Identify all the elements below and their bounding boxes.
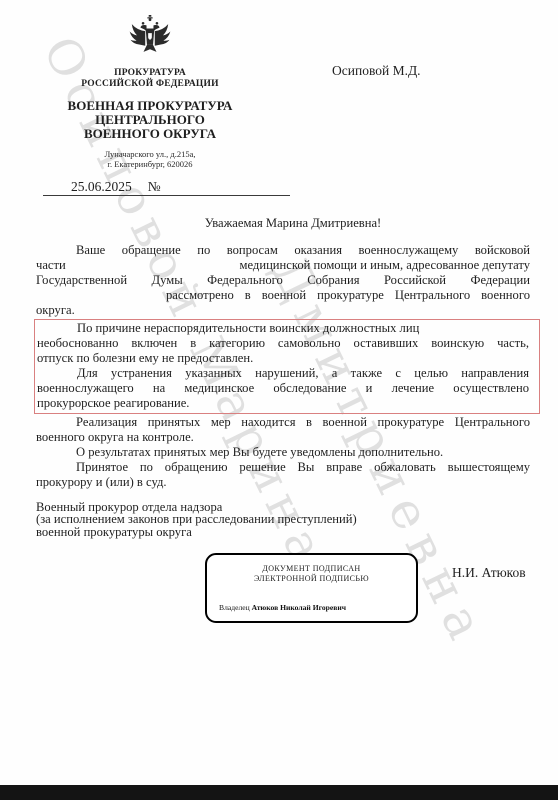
document-date: 25.06.2025: [71, 179, 132, 195]
addressee-name: Осиповой М.Д.: [332, 63, 421, 79]
text-line: Государственной Думы Федерального Собран…: [36, 273, 530, 288]
date-number-line: 25.06.2025 №: [43, 174, 290, 196]
body-sections: Ваше обращение по вопросам оказания воен…: [36, 243, 530, 490]
bottom-black-bar: [0, 785, 558, 800]
text-segment: медицинской помощи и иным, адресованное …: [240, 258, 530, 273]
text-line: отпуск по болезни ему не предоставлен.: [37, 351, 529, 366]
signer-name: Н.И. Атюков: [452, 565, 526, 581]
double-headed-eagle-icon: [30, 13, 270, 63]
text-line: Ваше обращение по вопросам оказания воен…: [36, 243, 530, 258]
text-line: прокурорское реагирование.: [37, 396, 529, 411]
unit-name-line2: ЦЕНТРАЛЬНОГО: [30, 113, 270, 127]
signer-title-line3: военной прокуратуры округа: [36, 526, 357, 538]
unit-name-line3: ВОЕННОГО ОКРУГА: [30, 127, 270, 141]
text-segment: части: [36, 258, 66, 273]
stamp-title-line1: ДОКУМЕНТ ПОДПИСАН: [207, 564, 416, 574]
address-line2: г. Екатеринбург, 620026: [30, 160, 270, 170]
body-section: Реализация принятых мер находится в воен…: [36, 415, 530, 490]
text-line: рассмотрено в военной прокуратуре Центра…: [36, 288, 530, 303]
text-line: округа.: [36, 303, 530, 318]
text-line: О результатах принятых мер Вы будете уве…: [36, 445, 530, 460]
salutation: Уважаемая Марина Дмитриевна!: [36, 216, 530, 231]
text-line: прокурору и (или) в суд.: [36, 475, 530, 490]
org-name-line1: ПРОКУРАТУРА: [30, 68, 270, 79]
text-line: По причине нераспорядительности воинских…: [37, 321, 529, 336]
body-section: Ваше обращение по вопросам оказания воен…: [36, 243, 530, 318]
text-line: Для устранения указанных нарушений, а та…: [37, 366, 529, 381]
org-name-line2: РОССИЙСКОЙ ФЕДЕРАЦИИ: [30, 79, 270, 90]
text-line: необоснованно включен в категорию самово…: [37, 336, 529, 351]
signer-title-block: Военный прокурор отдела надзора (за испо…: [36, 501, 357, 538]
text-line: Реализация принятых мер находится в воен…: [36, 415, 530, 430]
stamp-owner-name: Атюков Николай Игоревич: [252, 603, 346, 612]
stamp-title-line2: ЭЛЕКТРОННОЙ ПОДПИСЬЮ: [207, 574, 416, 584]
highlighted-paragraphs-box: По причине нераспорядительности воинских…: [34, 319, 540, 414]
electronic-signature-stamp: ДОКУМЕНТ ПОДПИСАН ЭЛЕКТРОННОЙ ПОДПИСЬЮ В…: [205, 553, 418, 623]
number-sign: №: [148, 179, 161, 195]
letter-body: Уважаемая Марина Дмитриевна! Ваше обраще…: [36, 216, 530, 490]
signer-title-line2: (за исполнением законов при расследовани…: [36, 513, 357, 525]
text-line: Принятое по обращению решение Вы вправе …: [36, 460, 530, 475]
letterhead: ПРОКУРАТУРА РОССИЙСКОЙ ФЕДЕРАЦИИ ВОЕННАЯ…: [30, 13, 270, 169]
text-line: военнослужащего на медицинское обследова…: [37, 381, 529, 396]
stamp-owner-label: Владелец: [219, 603, 250, 612]
text-line: частимедицинской помощи и иным, адресова…: [36, 258, 530, 273]
unit-name-line1: ВОЕННАЯ ПРОКУРАТУРА: [30, 99, 270, 113]
text-line: военного округа на контроле.: [36, 430, 530, 445]
